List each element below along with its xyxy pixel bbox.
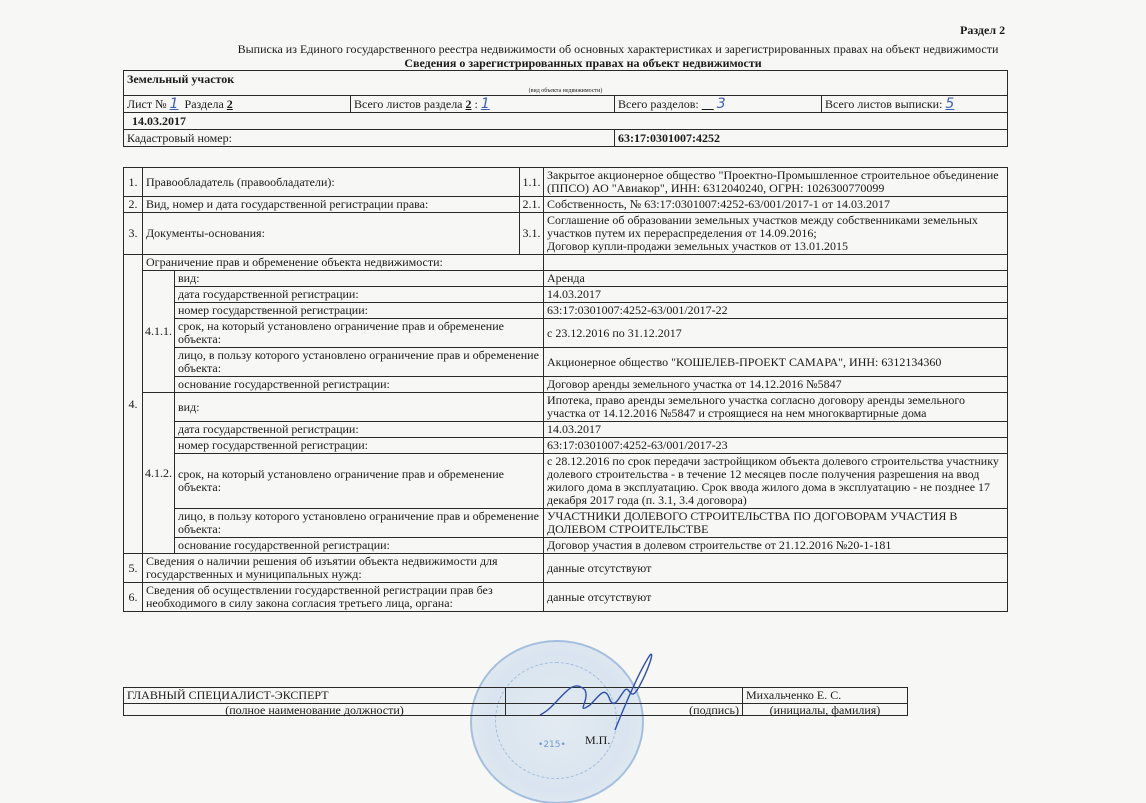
row-number: 1. [124, 168, 143, 197]
row-value: Закрытое акционерное общество "Проектно-… [544, 168, 1008, 197]
document-title: Выписка из Единого государственного реес… [0, 42, 1146, 57]
sheet-label: Лист № [127, 97, 167, 111]
table-row: основание государственной регистрации: Д… [124, 377, 1008, 393]
field-value: с 23.12.2016 по 31.12.2017 [544, 319, 1008, 348]
encumbrance-number: 4.1.1. [143, 271, 175, 393]
total-sheets-label: Всего листов выписки: [825, 97, 942, 111]
field-label: лицо, в пользу которого установлено огра… [175, 348, 544, 377]
table-row: 4.1.1. вид: Аренда [124, 271, 1008, 287]
cadastral-number: 63:17:0301007:4252 [615, 130, 1008, 147]
row-label: Сведения об осуществлении государственно… [143, 583, 544, 612]
rights-table: 1. Правообладатель (правообладатели): 1.… [123, 167, 1008, 612]
field-value: 63:17:0301007:4252-63/001/2017-22 [544, 303, 1008, 319]
field-label: срок, на который установлено ограничение… [175, 454, 544, 509]
table-row: дата государственной регистрации: 14.03.… [124, 422, 1008, 438]
row-value: данные отсутствуют [544, 583, 1008, 612]
field-value: 14.03.2017 [544, 287, 1008, 303]
field-value: УЧАСТНИКИ ДОЛЕВОГО СТРОИТЕЛЬСТВА ПО ДОГО… [544, 509, 1008, 538]
row-number: 6. [124, 583, 143, 612]
section-label: Раздел 2 [960, 23, 1005, 38]
row-label: Вид, номер и дата государственной регист… [143, 197, 520, 213]
row-number: 5. [124, 554, 143, 583]
document-line: Договор купли-продажи земельных участков… [547, 240, 1004, 253]
table-row: номер государственной регистрации: 63:17… [124, 303, 1008, 319]
total-sections-label: Всего разделов: [618, 97, 699, 111]
document-subtitle: Сведения о зарегистрированных правах на … [0, 56, 1146, 71]
position-caption: (полное наименование должности) [124, 704, 506, 716]
row-subnumber: 3.1. [520, 213, 544, 255]
table-row-third-party: 6. Сведения об осуществлении государстве… [124, 583, 1008, 612]
table-row: срок, на который установлено ограничение… [124, 319, 1008, 348]
row-label: Ограничение прав и обременение объекта н… [143, 255, 544, 271]
extract-date: 14.03.2017 [124, 113, 1008, 130]
field-value: с 28.12.2016 по срок передачи застройщик… [544, 454, 1008, 509]
field-label: срок, на который установлено ограничение… [175, 319, 544, 348]
section-of-value: 2 [227, 97, 233, 111]
signer-name: Михальченко Е. С. [743, 688, 908, 704]
empty-cell [544, 255, 1008, 271]
row-number: 3. [124, 213, 143, 255]
table-row-holder: 1. Правообладатель (правообладатели): 1.… [124, 168, 1008, 197]
row-subnumber: 2.1. [520, 197, 544, 213]
table-row-encumbrance-header: 4. Ограничение прав и обременение объект… [124, 255, 1008, 271]
table-row: срок, на который установлено ограничение… [124, 454, 1008, 509]
field-value: Ипотека, право аренды земельного участка… [544, 393, 1008, 422]
name-caption: (инициалы, фамилия) [743, 704, 908, 716]
field-label: номер государственной регистрации: [175, 438, 544, 454]
table-row: 4.1.2. вид: Ипотека, право аренды земель… [124, 393, 1008, 422]
encumbrance-number: 4.1.2. [143, 393, 175, 554]
row-label: Документы-основания: [143, 213, 520, 255]
table-row: основание государственной регистрации: Д… [124, 538, 1008, 554]
field-label: дата государственной регистрации: [175, 287, 544, 303]
field-label: вид: [175, 271, 544, 287]
total-sheets-value: 5 [945, 96, 954, 112]
field-label: основание государственной регистрации: [175, 377, 544, 393]
row-value: Соглашение об образовании земельных учас… [544, 213, 1008, 255]
field-label: лицо, в пользу которого установлено огра… [175, 509, 544, 538]
field-value: Договор аренды земельного участка от 14.… [544, 377, 1008, 393]
table-row: дата государственной регистрации: 14.03.… [124, 287, 1008, 303]
field-label: дата государственной регистрации: [175, 422, 544, 438]
table-row-documents: 3. Документы-основания: 3.1. Соглашение … [124, 213, 1008, 255]
table-row: лицо, в пользу которого установлено огра… [124, 509, 1008, 538]
field-value: 14.03.2017 [544, 422, 1008, 438]
signature-table: ГЛАВНЫЙ СПЕЦИАЛИСТ-ЭКСПЕРТ Михальченко Е… [123, 687, 908, 716]
field-label: основание государственной регистрации: [175, 538, 544, 554]
field-label: вид: [175, 393, 544, 422]
position-title: ГЛАВНЫЙ СПЕЦИАЛИСТ-ЭКСПЕРТ [124, 688, 506, 704]
row-label: Сведения о наличии решения об изъятии об… [143, 554, 544, 583]
field-value: Акционерное общество "КОШЕЛЕВ-ПРОЕКТ САМ… [544, 348, 1008, 377]
handwritten-signature-icon [530, 645, 660, 735]
table-row-right: 2. Вид, номер и дата государственной рег… [124, 197, 1008, 213]
total-sheets-section-label: Всего листов раздела [354, 97, 463, 111]
total-sheets-section-num: 2 [466, 97, 472, 111]
total-sheets-cell: Всего листов выписки: 5 [822, 96, 1008, 113]
stamp-number: •215• [538, 740, 566, 750]
field-value: Аренда [544, 271, 1008, 287]
table-row-seizure: 5. Сведения о наличии решения об изъятии… [124, 554, 1008, 583]
sheet-value: 1 [170, 96, 179, 112]
total-sections-cell: Всего разделов: 3 [615, 96, 822, 113]
section-of-label: Раздела [185, 97, 224, 111]
table-row: лицо, в пользу которого установлено огра… [124, 348, 1008, 377]
row-value: данные отсутствуют [544, 554, 1008, 583]
stamp-place-label: М.П. [585, 733, 610, 748]
object-info-table: Земельный участок (вид объекта недвижимо… [123, 70, 1008, 147]
field-value: 63:17:0301007:4252-63/001/2017-23 [544, 438, 1008, 454]
object-type-caption: (вид объекта недвижимости) [124, 87, 1008, 96]
row-value: Собственность, № 63:17:0301007:4252-63/0… [544, 197, 1008, 213]
row-subnumber: 1.1. [520, 168, 544, 197]
table-row: номер государственной регистрации: 63:17… [124, 438, 1008, 454]
row-number: 4. [124, 255, 143, 554]
sheet-number-cell: Лист № 1 Раздела 2 [124, 96, 351, 113]
object-type: Земельный участок [124, 71, 1008, 88]
total-sections-value: 3 [717, 96, 726, 112]
row-label: Правообладатель (правообладатели): [143, 168, 520, 197]
total-sheets-section-value: 1 [481, 96, 490, 112]
field-label: номер государственной регистрации: [175, 303, 544, 319]
cadastral-label: Кадастровый номер: [124, 130, 615, 147]
field-value: Договор участия в долевом строительстве … [544, 538, 1008, 554]
row-number: 2. [124, 197, 143, 213]
total-sheets-section-cell: Всего листов раздела 2 : 1 [351, 96, 615, 113]
